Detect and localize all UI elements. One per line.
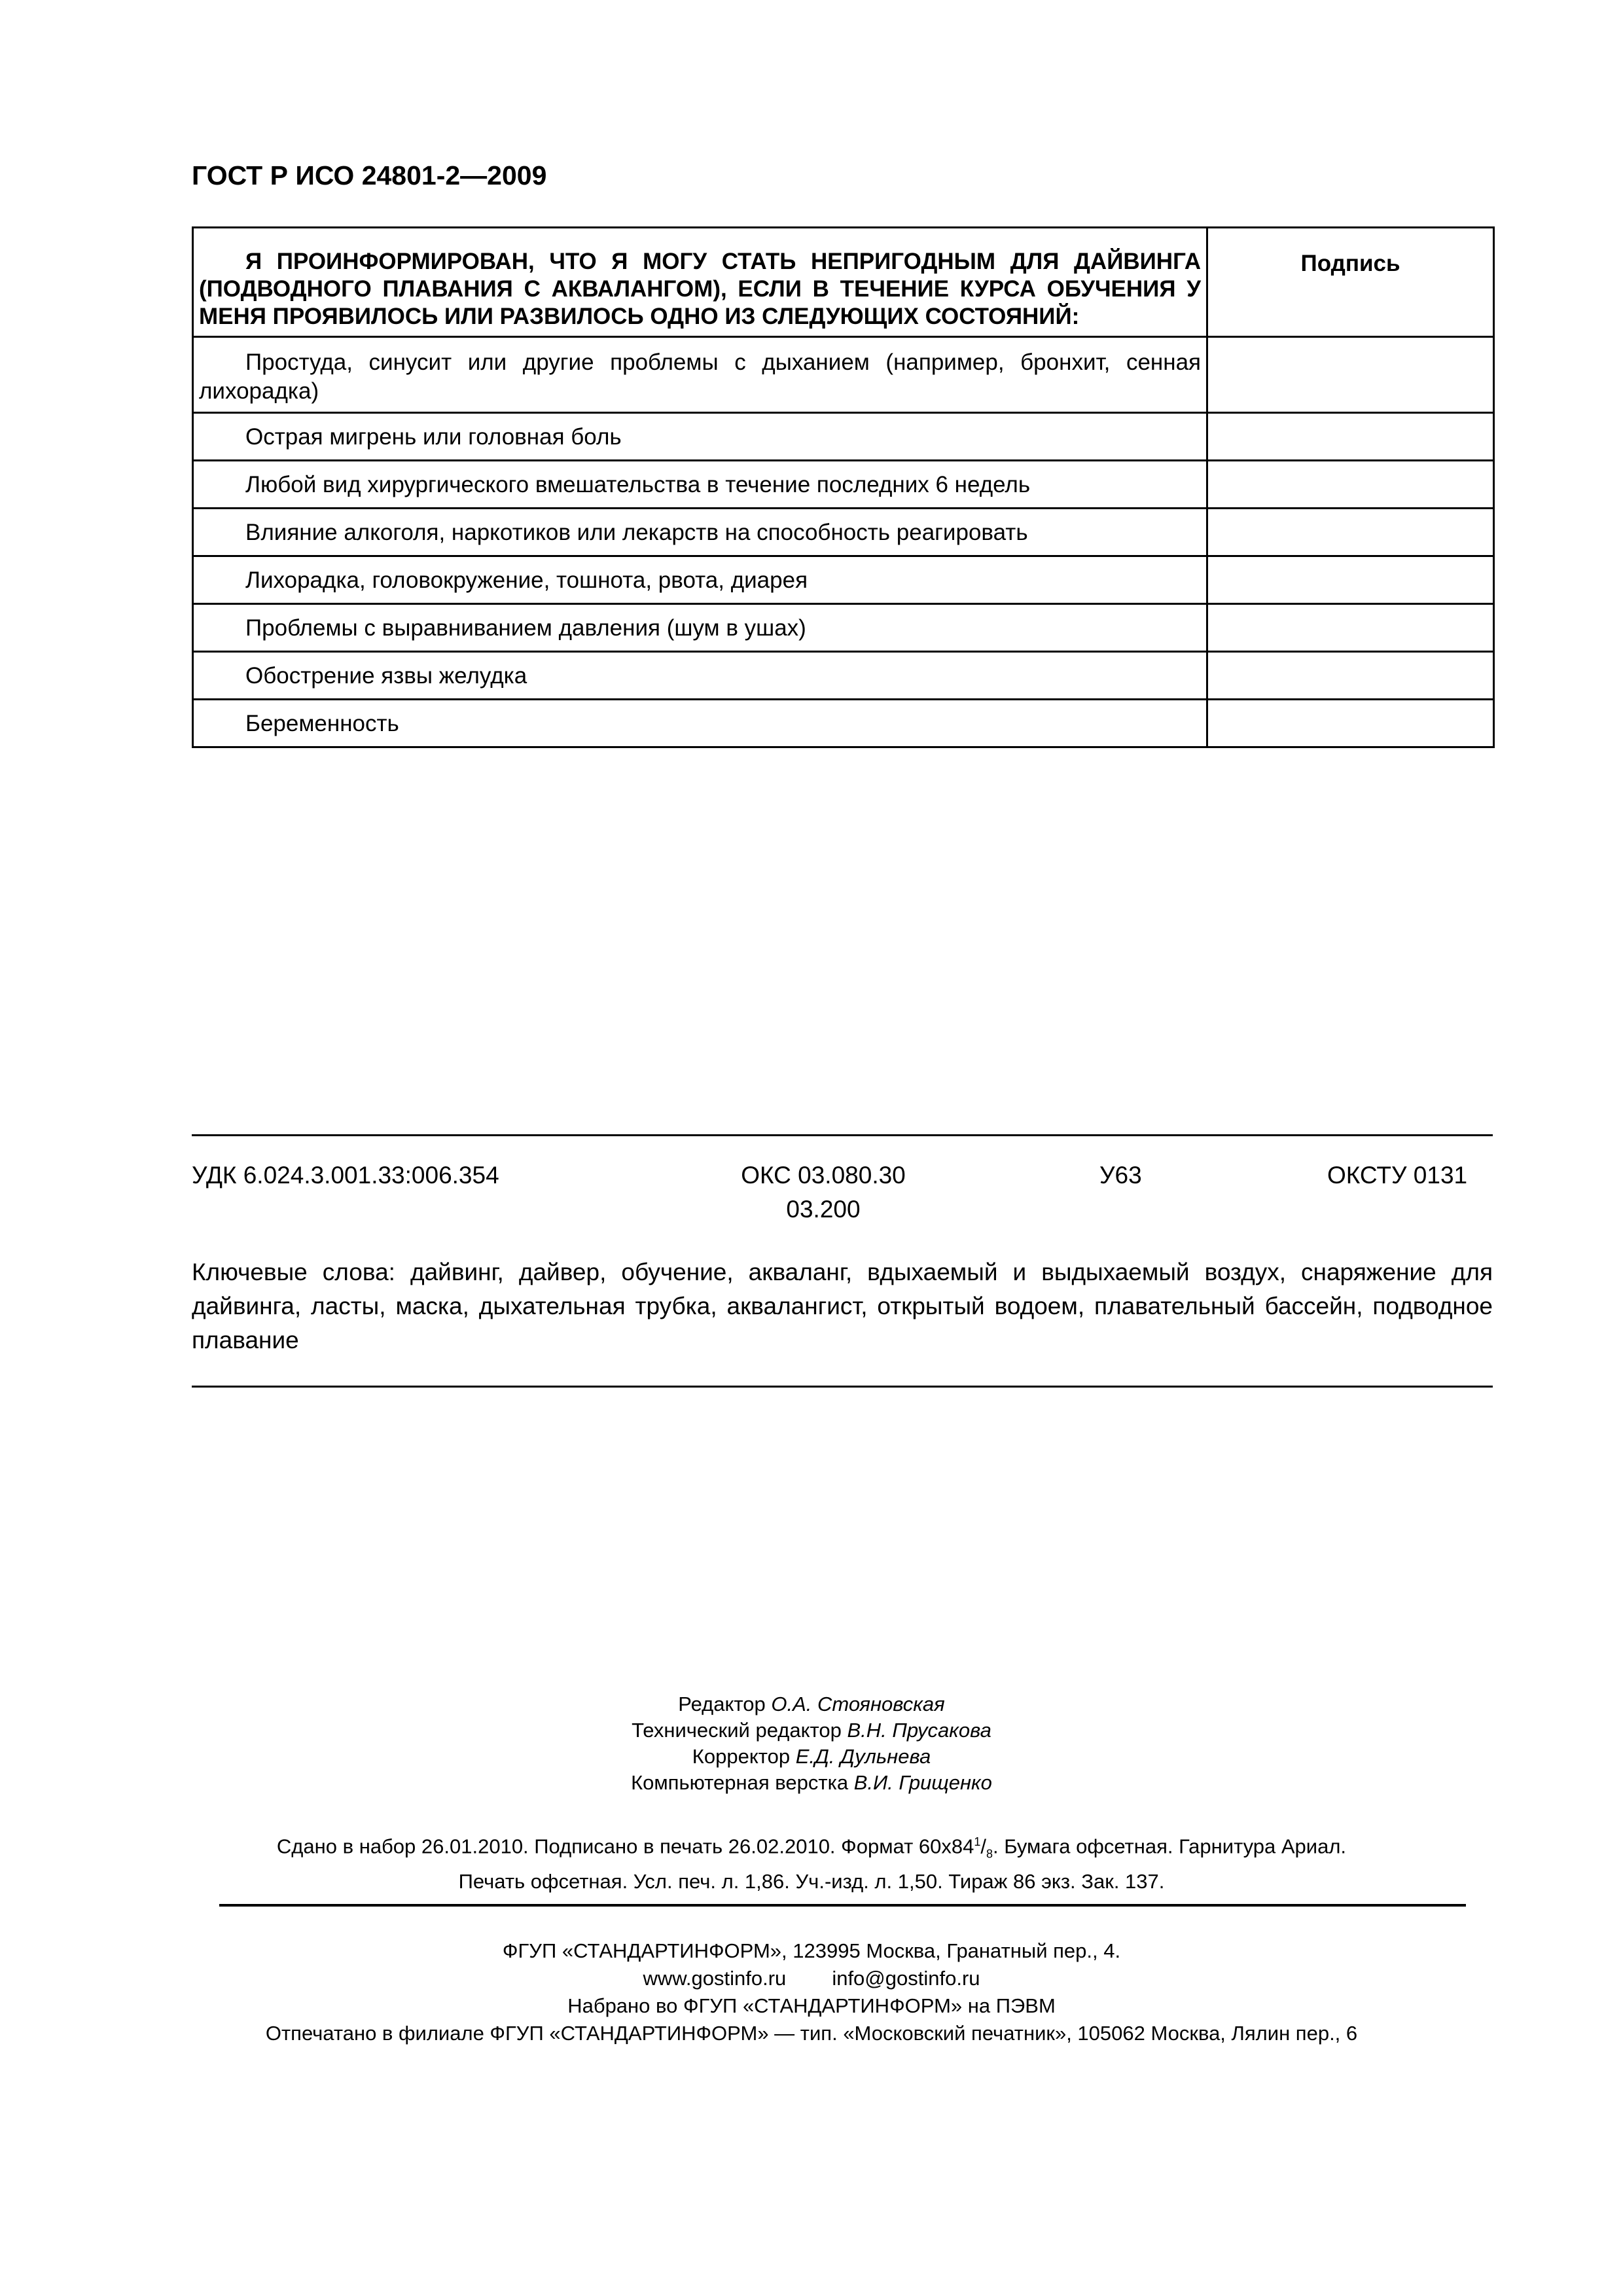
table-row: Беременность (193, 700, 1494, 747)
condition-text: Лихорадка, головокружение, тошнота, рвот… (194, 557, 1206, 595)
print-info-line-1: Сдано в набор 26.01.2010. Подписано в пе… (0, 1828, 1623, 1868)
format-fraction-num: 1 (974, 1835, 980, 1848)
credit-role: Корректор (692, 1745, 790, 1768)
table-row: Простуда, синусит или другие проблемы с … (193, 337, 1494, 413)
publisher-contacts: www.gostinfo.ruinfo@gostinfo.ru (0, 1965, 1623, 1992)
oks-code: ОКС 03.080.30 03.200 (725, 1158, 921, 1227)
publisher-typeset: Набрано во ФГУП «СТАНДАРТИНФОРМ» на ПЭВМ (0, 1992, 1623, 2020)
signature-cell[interactable] (1207, 461, 1494, 509)
publisher-email[interactable]: info@gostinfo.ru (832, 1967, 980, 1990)
print-info: Сдано в набор 26.01.2010. Подписано в пе… (0, 1828, 1623, 1895)
table-row: Острая мигрень или головная боль (193, 413, 1494, 461)
category-code: У63 (1099, 1158, 1142, 1193)
credit-name: О.А. Стояновская (771, 1693, 944, 1715)
credit-layout: Компьютерная верстка В.И. Грищенко (0, 1770, 1623, 1796)
credit-name: Е.Д. Дульнева (796, 1745, 931, 1768)
keywords: Ключевые слова: дайвинг, дайвер, обучени… (192, 1255, 1493, 1357)
table-row: Влияние алкоголя, наркотиков или лекарст… (193, 509, 1494, 556)
credit-name: В.И. Грищенко (854, 1771, 992, 1794)
divider-top (192, 1134, 1493, 1136)
table-row: Лихорадка, головокружение, тошнота, рвот… (193, 556, 1494, 604)
print-info-text: . Бумага офсетная. Гарнитура Ариал. (993, 1835, 1346, 1857)
signature-cell[interactable] (1207, 337, 1494, 413)
credit-name: В.Н. Прусакова (847, 1719, 991, 1742)
print-info-line-2: Печать офсетная. Усл. печ. л. 1,86. Уч.-… (0, 1868, 1623, 1895)
credits-block: Редактор О.А. Стояновская Технический ре… (0, 1691, 1623, 1796)
table-row: Обострение язвы желудка (193, 652, 1494, 700)
credit-role: Редактор (678, 1693, 765, 1715)
udk-code: УДК 6.024.3.001.33:006.354 (192, 1158, 499, 1193)
signature-cell[interactable] (1207, 413, 1494, 461)
header-cell-signature: Подпись (1207, 228, 1494, 337)
credit-role: Компьютерная верстка (631, 1771, 848, 1794)
table-row: Любой вид хирургического вмешательства в… (193, 461, 1494, 509)
signature-cell[interactable] (1207, 509, 1494, 556)
publisher-address: ФГУП «СТАНДАРТИНФОРМ», 123995 Москва, Гр… (0, 1937, 1623, 1965)
header-statement: Я ПРОИНФОРМИРОВАН, ЧТО Я МОГУ СТАТЬ НЕПР… (194, 228, 1206, 336)
condition-text: Острая мигрень или головная боль (194, 414, 1206, 452)
condition-text: Влияние алкоголя, наркотиков или лекарст… (194, 509, 1206, 547)
format-fraction-den: 8 (986, 1848, 993, 1861)
condition-text: Проблемы с выравниванием давления (шум в… (194, 605, 1206, 643)
print-info-text: Сдано в набор 26.01.2010. Подписано в пе… (277, 1835, 974, 1857)
divider-footer (219, 1904, 1466, 1907)
divider-bottom (192, 1386, 1493, 1388)
header-signature: Подпись (1208, 228, 1493, 277)
table-header-row: Я ПРОИНФОРМИРОВАН, ЧТО Я МОГУ СТАТЬ НЕПР… (193, 228, 1494, 337)
condition-text: Обострение язвы желудка (194, 653, 1206, 691)
oks-line-1: ОКС 03.080.30 (725, 1158, 921, 1193)
signature-cell[interactable] (1207, 652, 1494, 700)
document-id: ГОСТ Р ИСО 24801-2—2009 (192, 160, 546, 191)
signature-cell[interactable] (1207, 556, 1494, 604)
signature-cell[interactable] (1207, 700, 1494, 747)
publisher-printed: Отпечатано в филиале ФГУП «СТАНДАРТИНФОР… (0, 2020, 1623, 2047)
credit-tech-editor: Технический редактор В.Н. Прусакова (0, 1717, 1623, 1744)
consent-table: Я ПРОИНФОРМИРОВАН, ЧТО Я МОГУ СТАТЬ НЕПР… (192, 226, 1495, 748)
table-row: Проблемы с выравниванием давления (шум в… (193, 604, 1494, 652)
okstu-code: ОКСТУ 0131 (1327, 1158, 1467, 1193)
publisher-block: ФГУП «СТАНДАРТИНФОРМ», 123995 Москва, Гр… (0, 1937, 1623, 2047)
signature-cell[interactable] (1207, 604, 1494, 652)
condition-text: Простуда, синусит или другие проблемы с … (194, 338, 1206, 406)
credit-corrector: Корректор Е.Д. Дульнева (0, 1744, 1623, 1770)
credit-editor: Редактор О.А. Стояновская (0, 1691, 1623, 1717)
publisher-website[interactable]: www.gostinfo.ru (643, 1967, 786, 1990)
oks-line-2: 03.200 (725, 1193, 921, 1227)
credit-role: Технический редактор (632, 1719, 842, 1742)
condition-text: Беременность (194, 700, 1206, 738)
header-cell-statement: Я ПРОИНФОРМИРОВАН, ЧТО Я МОГУ СТАТЬ НЕПР… (193, 228, 1207, 337)
condition-text: Любой вид хирургического вмешательства в… (194, 461, 1206, 499)
